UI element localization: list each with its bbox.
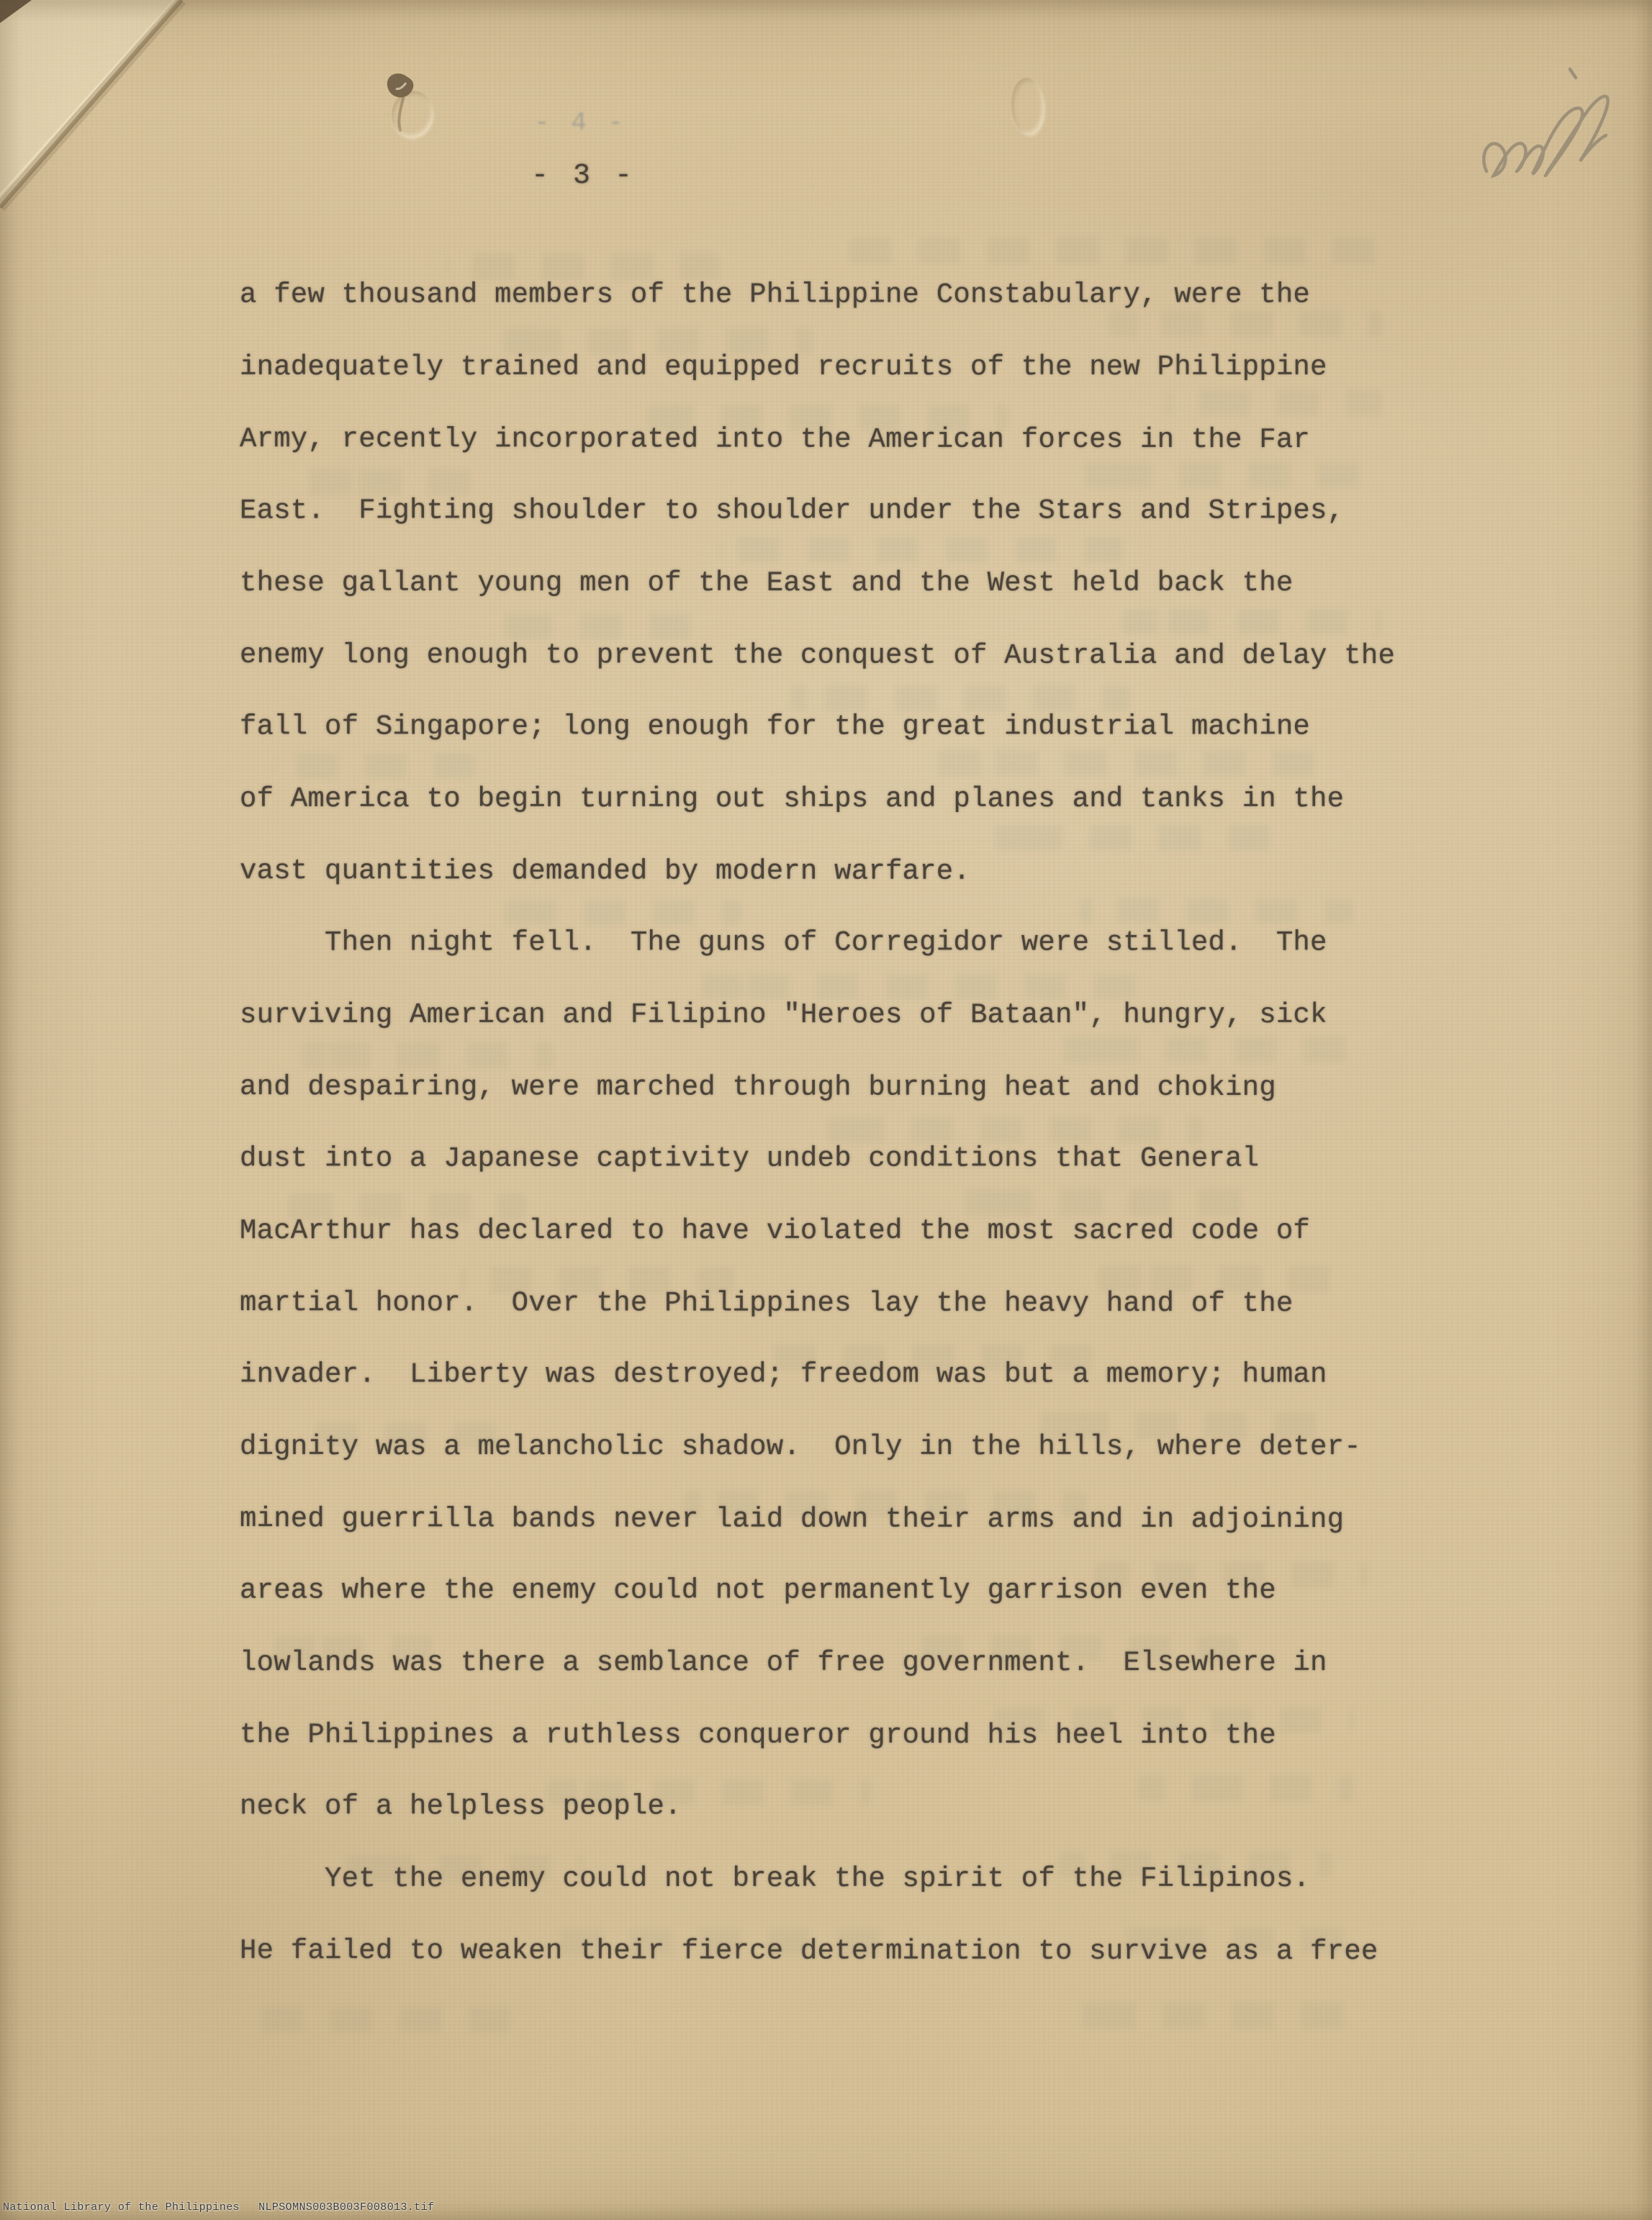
text-line: and despairing, were marched through bur…	[240, 1051, 1395, 1124]
digitization-footer: National Library of the Philippines NLPS…	[3, 2201, 435, 2214]
document-body: a few thousand members of the Philippine…	[240, 259, 1395, 1987]
text-line: MacArthur has declared to have violated …	[240, 1195, 1395, 1267]
text-line: dust into a Japanese captivity undeb con…	[240, 1123, 1395, 1195]
text-line: He failed to weaken their fierce determi…	[240, 1915, 1395, 1987]
text-line: invader. Liberty was destroyed; freedom …	[240, 1339, 1395, 1411]
staple-hole-emboss	[1009, 76, 1046, 136]
text-line: inadequately trained and equipped recrui…	[240, 331, 1395, 403]
footer-filename: NLPSOMNS003B003F008013.tif	[258, 2201, 434, 2214]
text-line: Army, recently incorporated into the Ame…	[240, 403, 1395, 476]
text-line: Then night fell. The guns of Corregidor …	[240, 907, 1395, 979]
text-line: a few thousand members of the Philippine…	[240, 259, 1395, 331]
handwritten-annotation	[1465, 50, 1645, 194]
page-number: - 3 -	[531, 160, 636, 192]
text-line: of America to begin turning out ships an…	[240, 763, 1395, 835]
text-line: lowlands was there a semblance of free g…	[240, 1627, 1395, 1699]
text-line: enemy long enough to prevent the conques…	[240, 619, 1395, 692]
text-line: these gallant young men of the East and …	[240, 547, 1395, 619]
document-page: - 4 - - 3 - a few thousand members of th…	[0, 0, 1652, 2220]
text-line: East. Fighting shoulder to shoulder unde…	[240, 475, 1395, 547]
text-line: neck of a helpless people.	[240, 1771, 1395, 1843]
text-line: mined guerrilla bands never laid down th…	[240, 1483, 1395, 1556]
text-line: surviving American and Filipino "Heroes …	[240, 979, 1395, 1051]
footer-library-label: National Library of the Philippines	[3, 2201, 240, 2214]
text-line: the Philippines a ruthless conqueror gro…	[240, 1699, 1395, 1772]
text-line: fall of Singapore; long enough for the g…	[240, 691, 1395, 763]
ghost-page-number: - 4 -	[534, 108, 626, 137]
text-line: dignity was a melancholic shadow. Only i…	[240, 1411, 1395, 1483]
text-line: areas where the enemy could not permanen…	[240, 1555, 1395, 1627]
text-line: vast quantities demanded by modern warfa…	[240, 835, 1395, 908]
page-fold-corner	[0, 0, 230, 238]
text-line: martial honor. Over the Philippines lay …	[240, 1267, 1395, 1340]
text-line: Yet the enemy could not break the spirit…	[240, 1843, 1395, 1915]
